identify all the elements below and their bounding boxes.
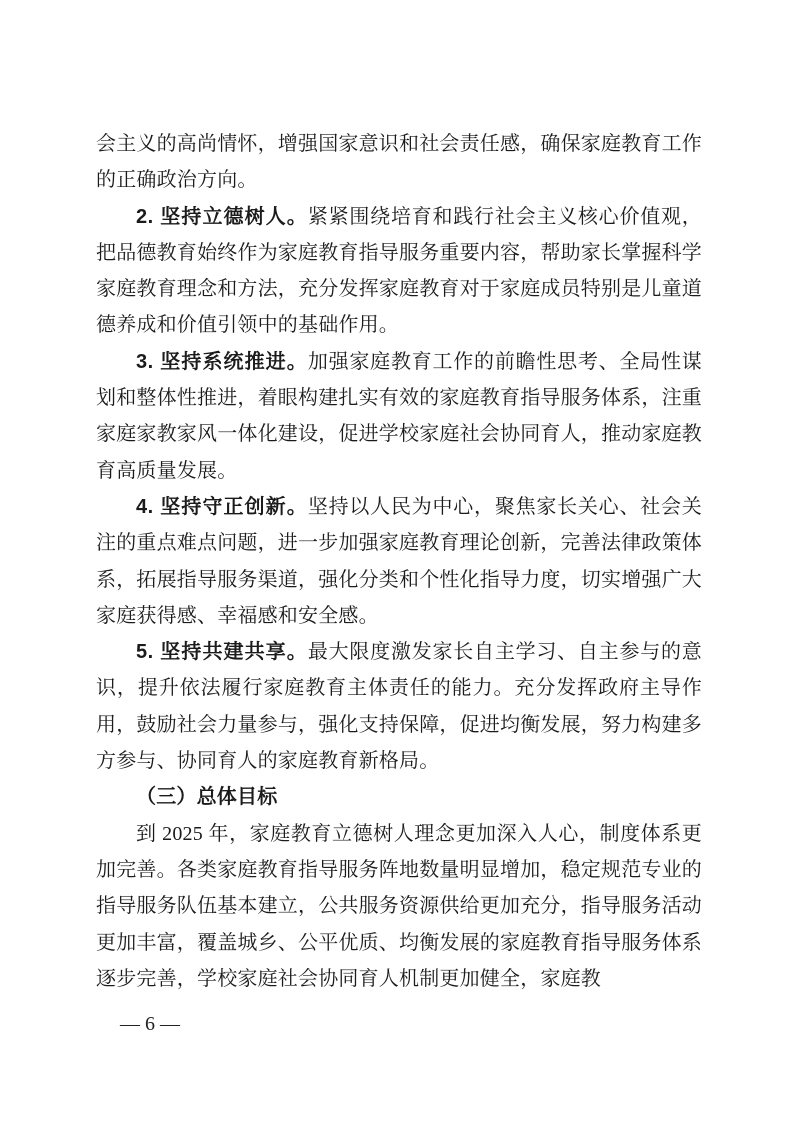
paragraph: 2. 坚持立德树人。紧紧围绕培育和践行社会主义核心价值观，把品德教育始终作为家庭…	[96, 199, 702, 344]
paragraph-lead: 3. 坚持系统推进。	[136, 351, 308, 373]
paragraph: 4. 坚持守正创新。坚持以人民为中心，聚焦家长关心、社会关注的重点难点问题，进一…	[96, 489, 702, 634]
section-heading: （三）总体目标	[96, 779, 702, 815]
paragraph: 到 2025 年，家庭教育立德树人理念更加深入人心，制度体系更加完善。各类家庭教…	[96, 816, 702, 997]
paragraph-text: 会主义的高尚情怀，增强国家意识和社会责任感，确保家庭教育工作的正确政治方向。	[96, 133, 702, 191]
paragraph: 3. 坚持系统推进。加强家庭教育工作的前瞻性思考、全局性谋划和整体性推进，着眼构…	[96, 344, 702, 489]
document-page: 会主义的高尚情怀，增强国家意识和社会责任感，确保家庭教育工作的正确政治方向。2.…	[0, 0, 793, 1122]
page-number: — 6 —	[120, 1010, 180, 1038]
paragraph-lead: 4. 坚持守正创新。	[136, 496, 308, 518]
paragraph: 会主义的高尚情怀，增强国家意识和社会责任感，确保家庭教育工作的正确政治方向。	[96, 126, 702, 199]
document-body: 会主义的高尚情怀，增强国家意识和社会责任感，确保家庭教育工作的正确政治方向。2.…	[96, 126, 702, 997]
paragraph: 5. 坚持共建共享。最大限度激发家长自主学习、自主参与的意识，提升依法履行家庭教…	[96, 634, 702, 779]
section-heading-text: （三）总体目标	[136, 786, 277, 808]
paragraph-lead: 5. 坚持共建共享。	[136, 641, 308, 663]
paragraph-text: 到 2025 年，家庭教育立德树人理念更加深入人心，制度体系更加完善。各类家庭教…	[96, 823, 702, 990]
paragraph-lead: 2. 坚持立德树人。	[136, 206, 308, 228]
